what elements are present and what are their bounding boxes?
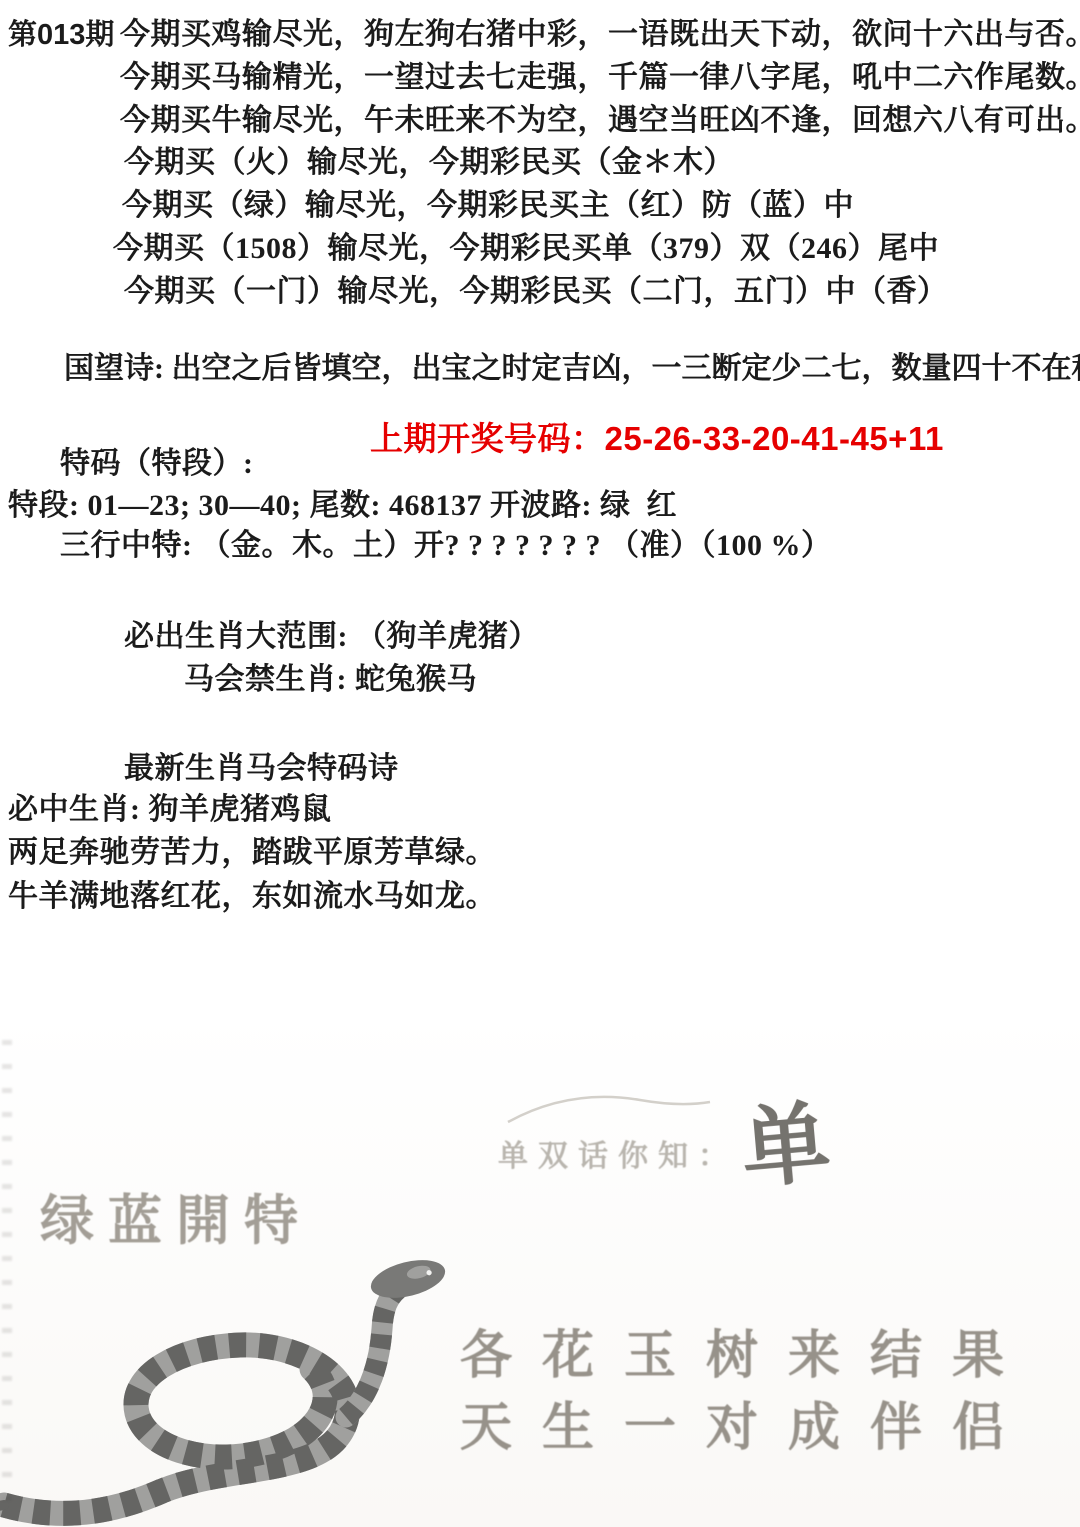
- scan-arc-artifact: [500, 1080, 760, 1140]
- lv-lan-kai-te-stamp: 绿蓝開特: [40, 1192, 312, 1251]
- tip-line-1: 今期买鸡输尽光，狗左狗右猪中彩，一语既出天下动，欲问十六出与否。: [120, 18, 1080, 51]
- latest-poem-title: 最新生肖马会特码诗: [124, 752, 399, 785]
- couplet-line-2: 天生一对成伴侣: [460, 1400, 1034, 1457]
- tip-line-7: 今期买（一门）输尽光，今期彩民买（二门，五门）中（香）: [124, 275, 948, 308]
- zodiac-must-out: 必出生肖大范围: （狗羊虎猪）: [124, 620, 539, 653]
- dan-shuang-answer: 单: [738, 1096, 835, 1200]
- tip-line-5: 今期买（绿）输尽光，今期彩民买主（红）防（蓝）中: [122, 189, 854, 222]
- issue-number: 第013期: [8, 20, 114, 52]
- latest-poem-line-3: 牛羊满地落红花，东如流水马如龙。: [8, 880, 496, 913]
- dan-shuang-label: 单双话你知：: [498, 1140, 738, 1173]
- tip-line-4: 今期买（火）输尽光，今期彩民买（金＊木）: [124, 146, 734, 179]
- lottery-tip-sheet: 第013期 今期买鸡输尽光，狗左狗右猪中彩，一语既出天下动，欲问十六出与否。 今…: [0, 0, 1080, 1527]
- latest-poem-line-2: 两足奔驰劳苦力，踏跋平原芳草绿。: [8, 836, 496, 869]
- guowang-poem: 国望诗: 出空之后皆填空，出宝之时定吉凶，一三断定少二七，数量四十不在科。: [64, 352, 1080, 385]
- special-sanxing-line: 三行中特: （金。木。土）开? ? ? ? ? ? ? （准）（100 %）: [60, 529, 832, 562]
- tip-line-6: 今期买（1508）输尽光，今期彩民买单（379）双（246）尾中: [113, 232, 939, 265]
- zodiac-banned: 马会禁生肖: 蛇兔猴马: [184, 663, 477, 696]
- tip-line-2: 今期买马输精光，一望过去七走强，千篇一律八字尾，吼中二六作尾数。: [120, 61, 1080, 94]
- special-heading: 特码（特段）:: [60, 447, 254, 480]
- coiled-snake-icon: [0, 1245, 470, 1527]
- special-range-line: 特段: 01—23; 30—40; 尾数: 468137 开波路: 绿 红: [8, 489, 677, 522]
- couplet-line-1: 各花玉树来结果: [460, 1328, 1034, 1385]
- last-draw-numbers: 上期开奖号码：25-26-33-20-41-45+11: [370, 421, 944, 457]
- tip-line-3: 今期买牛输尽光，午未旺来不为空，遇空当旺凶不逢，回想六八有可出。: [120, 104, 1080, 137]
- latest-poem-line-1: 必中生肖: 狗羊虎猪鸡鼠: [8, 793, 332, 826]
